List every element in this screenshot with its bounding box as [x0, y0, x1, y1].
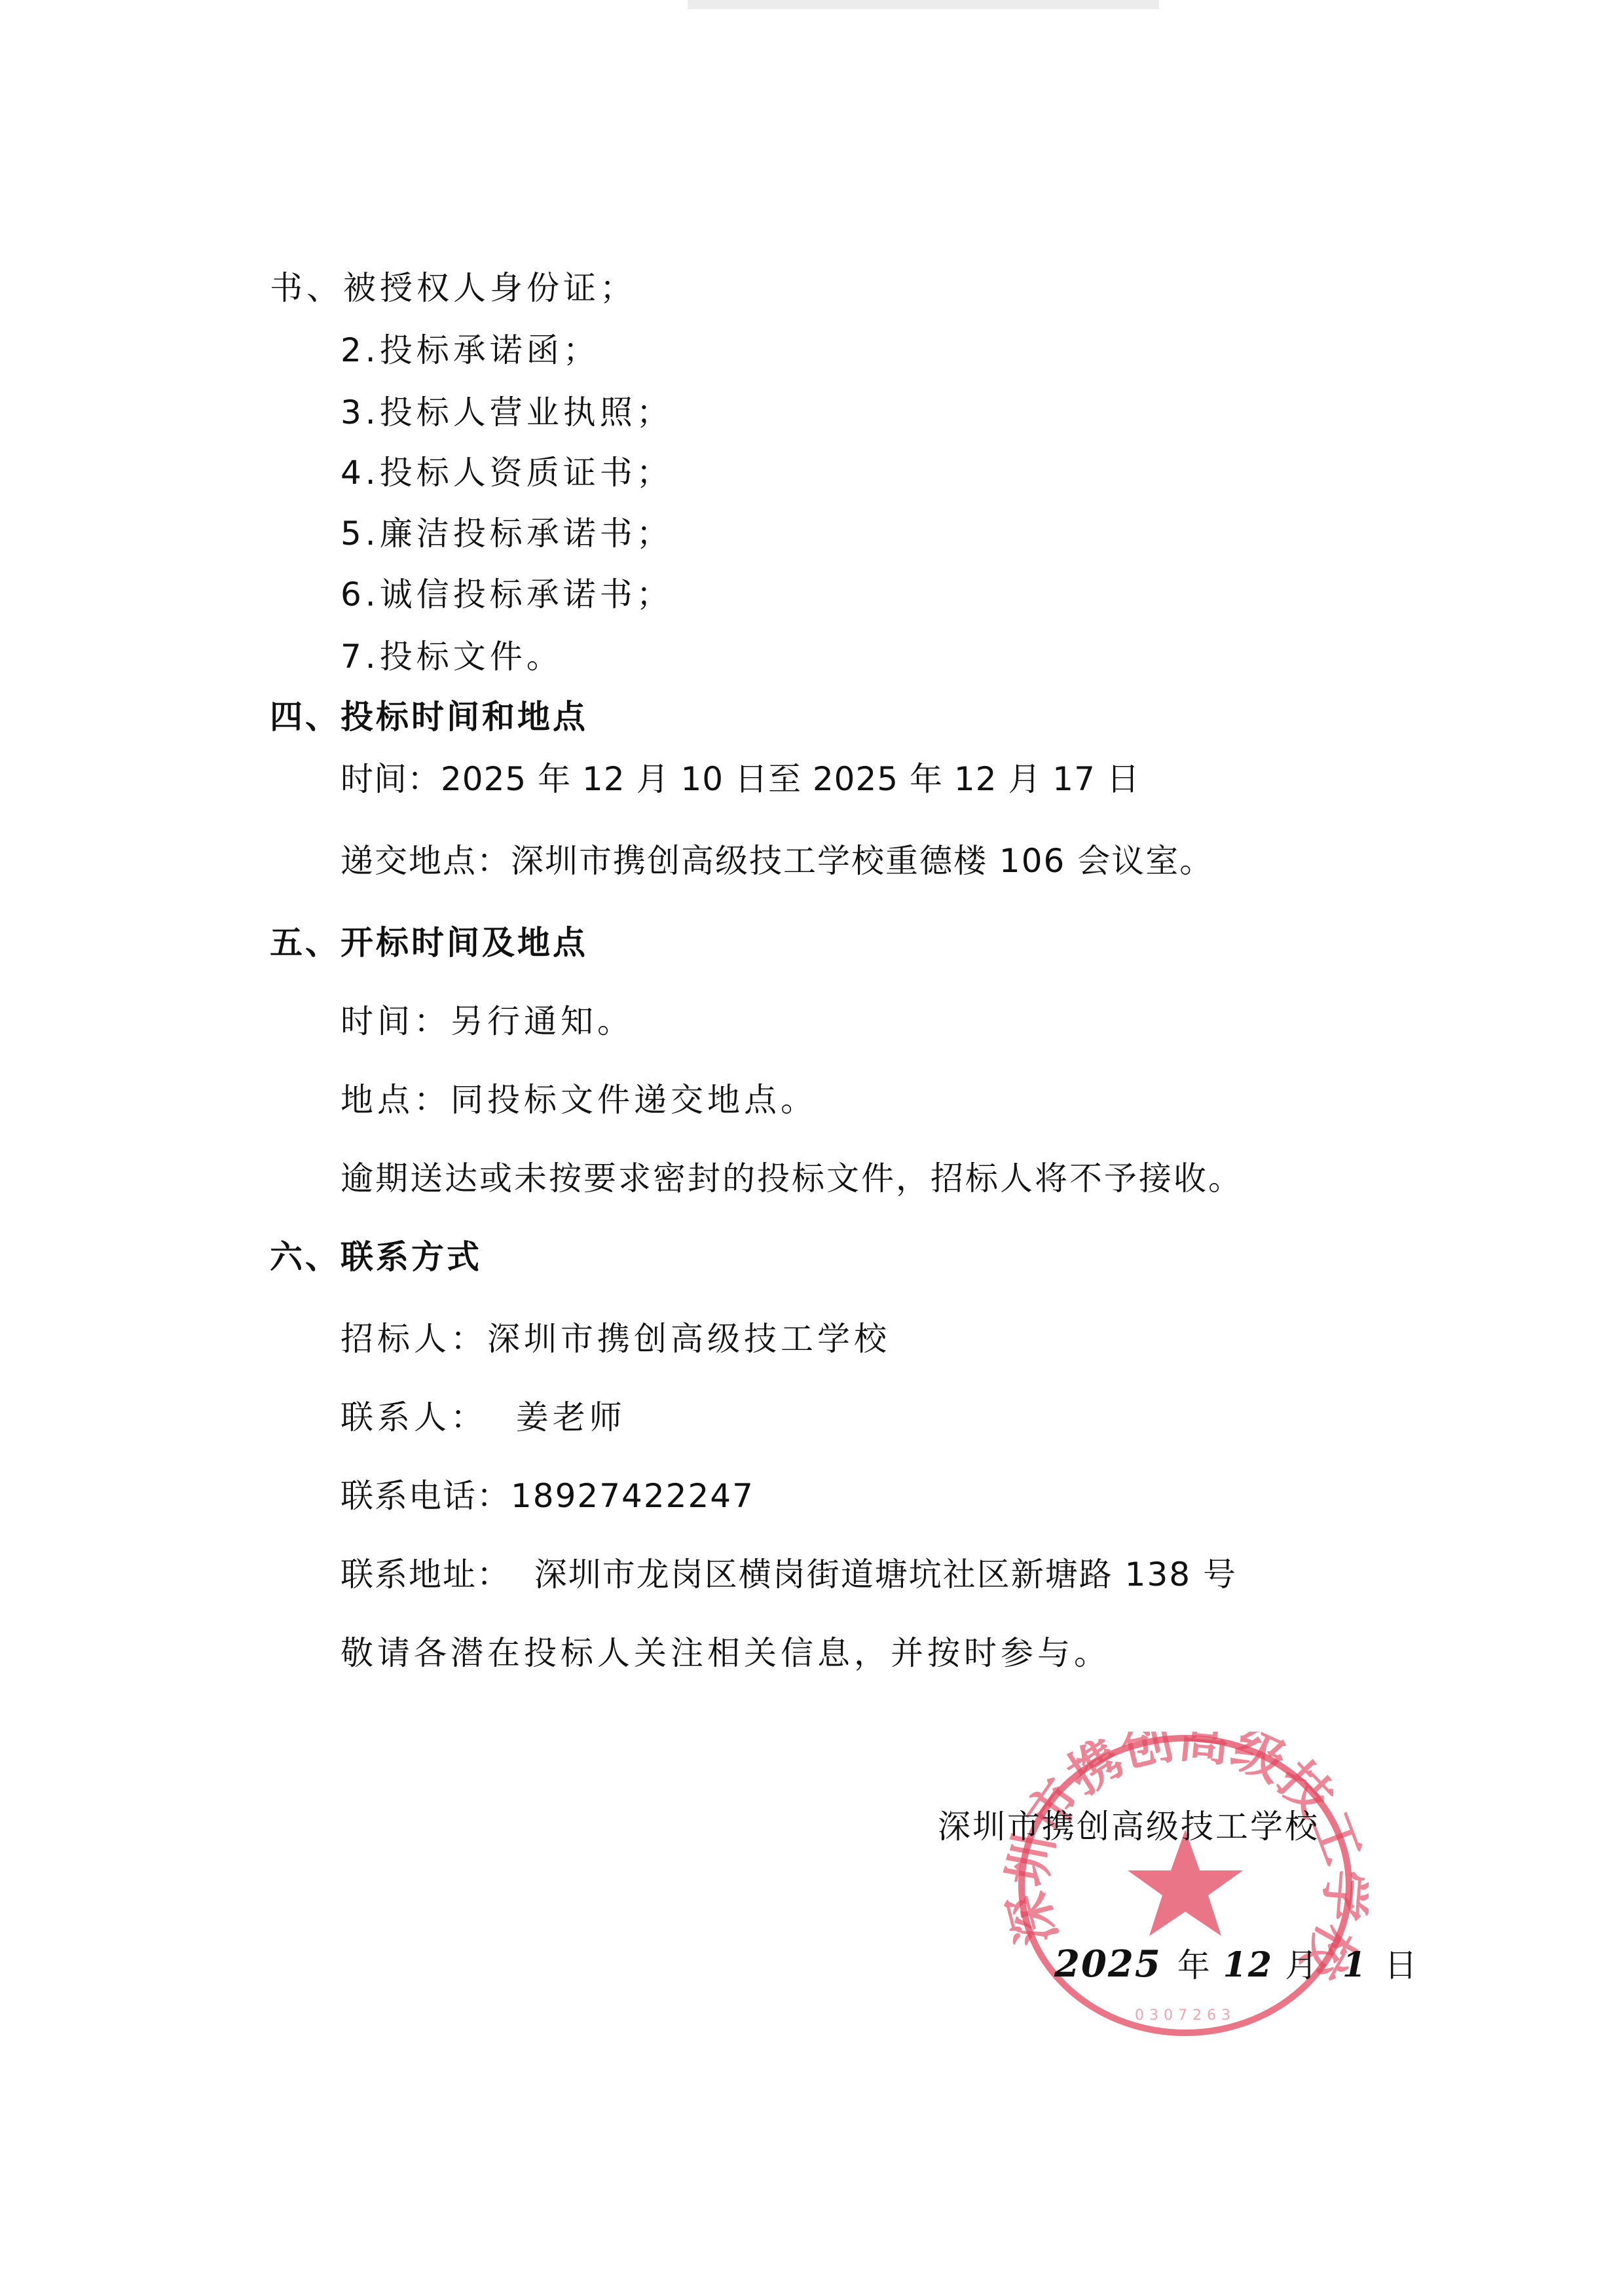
date-month: 12	[1223, 1945, 1273, 1985]
signature-org: 深圳市携创高级技工学校	[938, 1807, 1319, 1846]
stamp-number: 0307263	[1135, 2007, 1236, 2024]
section5-note: 逾期送达或未按要求密封的投标文件，招标人将不予接收。	[341, 1159, 1243, 1198]
date-year-suffix: 年	[1177, 1946, 1211, 1984]
section4-time: 时间：2025 年 12 月 10 日至 2025 年 12 月 17 日	[341, 759, 1140, 799]
doc-item-6: 6.诚信投标承诺书；	[341, 575, 673, 614]
contact-tenderer: 招标人：深圳市携创高级技工学校	[341, 1319, 891, 1358]
doc-item-2: 2.投标承诺函；	[341, 331, 600, 370]
doc-item-5: 5.廉洁投标承诺书；	[341, 514, 673, 553]
signature-date: 2025 年 12 月 1 日	[1054, 1944, 1418, 1985]
section5-time: 时间：另行通知。	[341, 1002, 634, 1041]
doc-item-3: 3.投标人营业执照；	[341, 393, 673, 432]
doc-item-7: 7.投标文件。	[341, 637, 563, 676]
official-stamp: 深圳市携创高级技工学校 0307263	[1002, 1732, 1369, 2039]
date-year: 2025	[1054, 1942, 1162, 1986]
contact-phone: 联系电话：18927422247	[341, 1476, 754, 1516]
date-day-suffix: 日	[1384, 1946, 1418, 1984]
section5-place: 地点：同投标文件递交地点。	[341, 1080, 817, 1120]
section4-heading: 四、投标时间和地点	[270, 697, 588, 737]
date-day: 1	[1342, 1945, 1367, 1985]
doc-item-4: 4.投标人资质证书；	[341, 453, 673, 492]
scan-artifact	[688, 0, 1159, 9]
section4-place: 递交地点：深圳市携创高级技工学校重德楼 106 会议室。	[341, 841, 1213, 881]
contact-address: 联系地址： 深圳市龙岗区横岗街道塘坑社区新塘路 138 号	[341, 1555, 1237, 1594]
continuation-line: 书、被授权人身份证；	[270, 268, 637, 308]
closing-text: 敬请各潜在投标人关注相关信息，并按时参与。	[341, 1633, 1111, 1673]
section5-heading: 五、开标时间及地点	[270, 923, 588, 962]
date-month-suffix: 月	[1285, 1946, 1319, 1984]
contact-person: 联系人： 姜老师	[341, 1398, 626, 1437]
section6-heading: 六、联系方式	[270, 1237, 482, 1277]
